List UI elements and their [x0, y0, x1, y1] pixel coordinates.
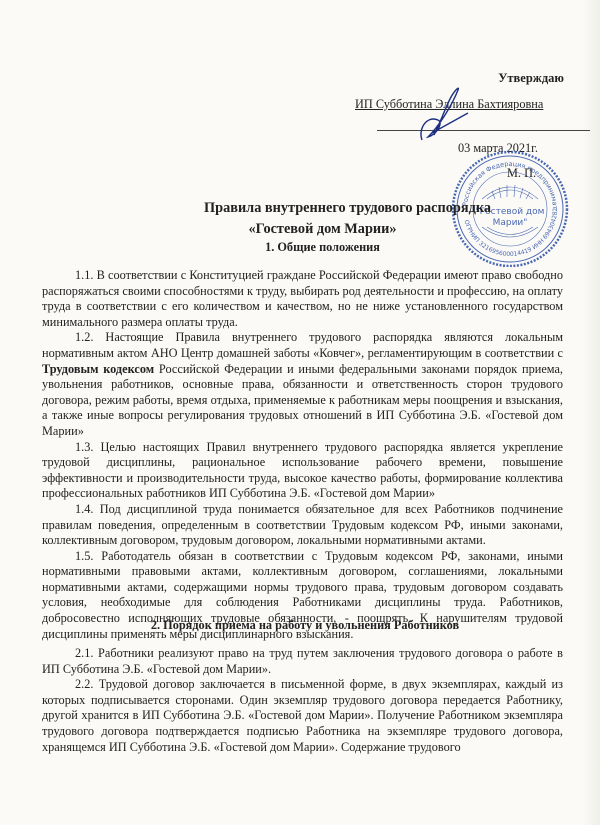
document-page: Утверждаю ИП Субботина Эллина Бахтияровн… — [0, 0, 600, 825]
approval-label: Утверждаю — [498, 71, 564, 86]
paragraph-2-1: 2.1. Работники реализуют право на труд п… — [42, 646, 563, 677]
section-1-body: 1.1. В соответствии с Конституцией гражд… — [42, 268, 563, 642]
seal-mark: М. П. — [507, 166, 536, 181]
section-heading-1: 1. Общие положения — [0, 240, 600, 255]
paragraph-1-3: 1.3. Целью настоящих Правил внутреннего … — [42, 440, 563, 502]
section-2-body: 2.1. Работники реализуют право на труд п… — [42, 646, 563, 755]
document-title: Правила внутреннего трудового распорядка — [0, 200, 600, 217]
document-subtitle: «Гостевой дом Марии» — [0, 221, 600, 238]
paragraph-1-2: 1.2. Настоящие Правила внутреннего трудо… — [42, 330, 563, 439]
signature-icon — [400, 85, 490, 145]
labor-code-bold: Трудовым кодексом — [42, 362, 154, 376]
page-edge-shadow — [582, 0, 600, 825]
section-heading-2: 2. Порядок приема на работу и увольнения… — [0, 618, 600, 633]
paragraph-2-2: 2.2. Трудовой договор заключается в пись… — [42, 677, 563, 755]
paragraph-1-4: 1.4. Под дисциплиной труда понимается об… — [42, 502, 563, 549]
paragraph-1-1: 1.1. В соответствии с Конституцией гражд… — [42, 268, 563, 330]
